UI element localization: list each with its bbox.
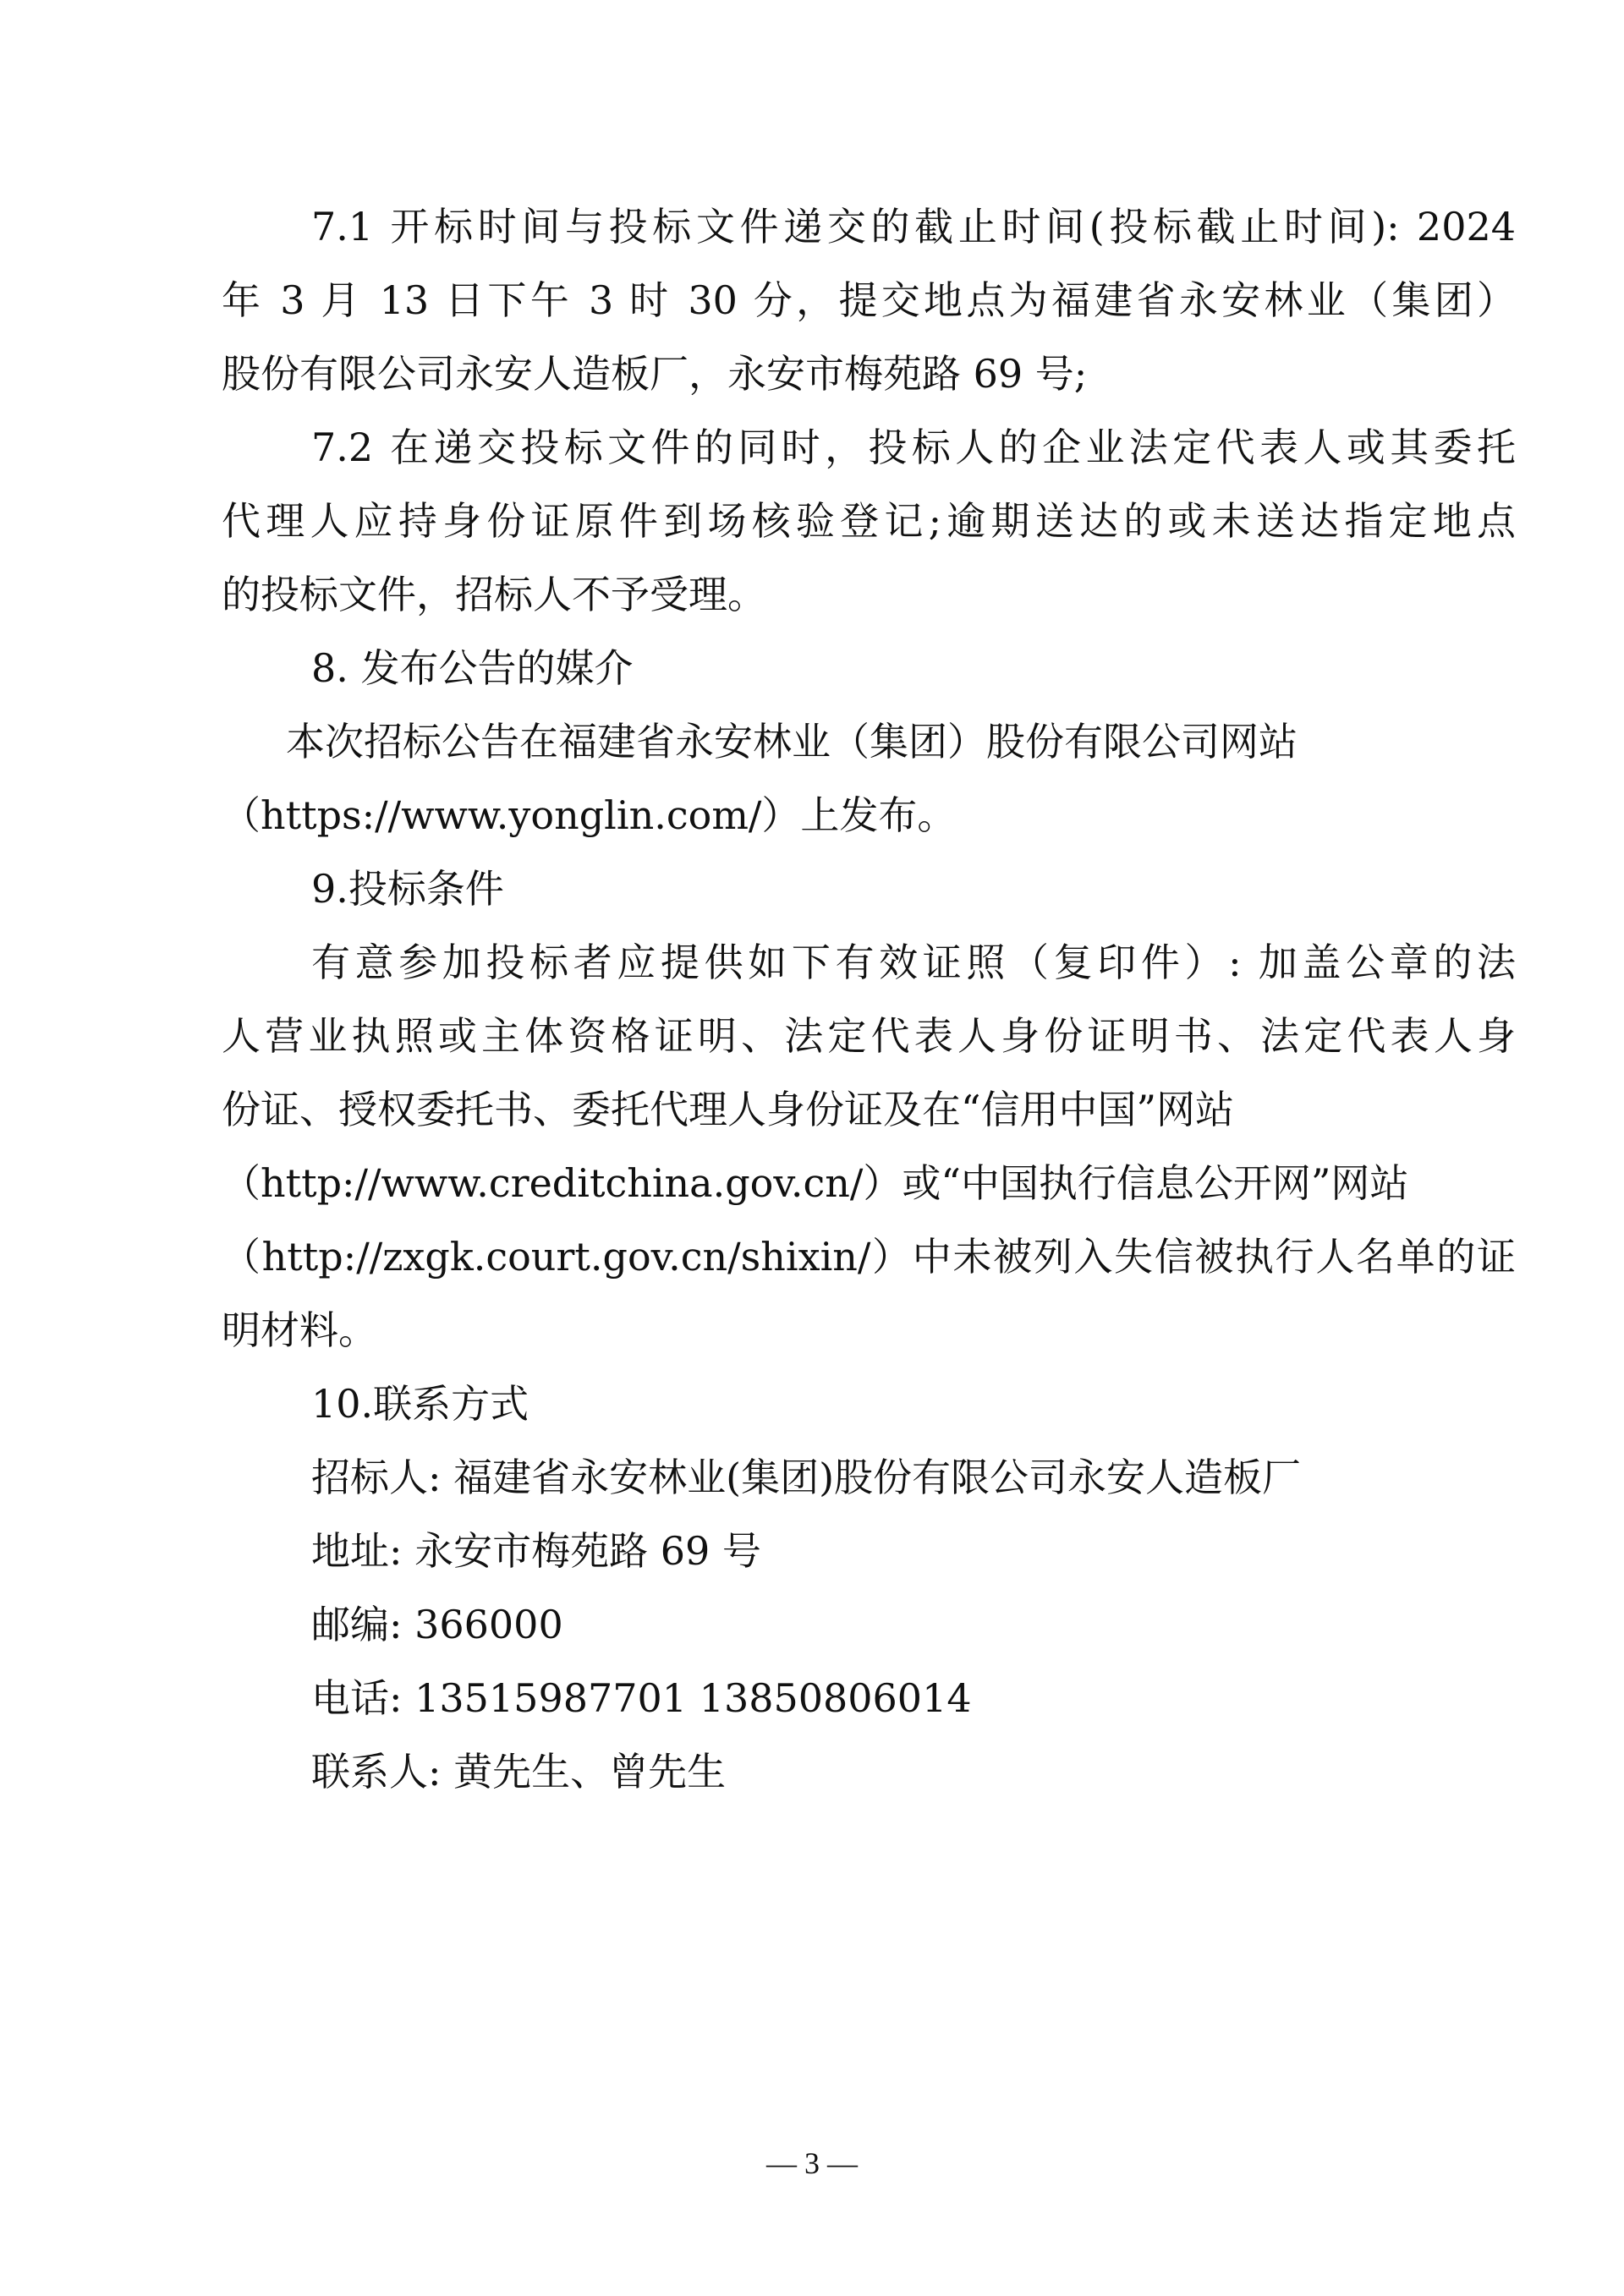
text-line: 有意参加投标者应提供如下有效证照（复印件）: 加盖公章的法 <box>311 937 1516 988</box>
text-line: 7.1 开标时间与投标文件递交的截止时间(投标截止时间): 2024 <box>311 201 1516 252</box>
page-number: — 3 — <box>0 2145 1624 2181</box>
text-line: 招标人: 福建省永安林业(集团)股份有限公司永安人造板厂 <box>311 1452 1301 1503</box>
text-line: 8. 发布公告的媒介 <box>311 643 634 693</box>
text-line: （http://www.creditchina.gov.cn/）或“中国执行信息… <box>222 1158 1408 1208</box>
document-page: 7.1 开标时间与投标文件递交的截止时间(投标截止时间): 2024年 3 月 … <box>0 0 1624 2296</box>
text-line: 10.联系方式 <box>311 1378 529 1429</box>
text-line: 年 3 月 13 日下午 3 时 30 分，提交地点为福建省永安林业（集团） <box>222 275 1516 326</box>
text-line: 人营业执照或主体资格证明、法定代表人身份证明书、法定代表人身 <box>222 1011 1516 1061</box>
text-line: 股份有限公司永安人造板厂，永安市梅苑路 69 号; <box>222 348 1087 399</box>
text-line: （https://www.yonglin.com/）上发布。 <box>222 790 956 841</box>
text-line: 份证、授权委托书、委托代理人身份证及在“信用中国”网站 <box>222 1084 1234 1135</box>
text-line: 7.2 在递交投标文件的同时，投标人的企业法定代表人或其委托 <box>311 422 1516 473</box>
text-line: 本次招标公告在福建省永安林业（集团）股份有限公司网站 <box>286 716 1298 767</box>
text-line: 电话: 13515987701 13850806014 <box>311 1673 972 1723</box>
text-line: 的投标文件，招标人不予受理。 <box>222 569 766 620</box>
text-line: 代理人应持身份证原件到场核验登记;逾期送达的或未送达指定地点 <box>222 496 1516 546</box>
text-line: 明材料。 <box>222 1305 377 1356</box>
text-line: 地址: 永安市梅苑路 69 号 <box>311 1526 761 1576</box>
text-line: （http://zxgk.court.gov.cn/shixin/）中未被列入失… <box>222 1231 1516 1282</box>
text-line: 邮编: 366000 <box>311 1599 563 1650</box>
text-line: 联系人: 黄先生、曾先生 <box>311 1746 726 1797</box>
text-line: 9.投标条件 <box>311 863 504 914</box>
